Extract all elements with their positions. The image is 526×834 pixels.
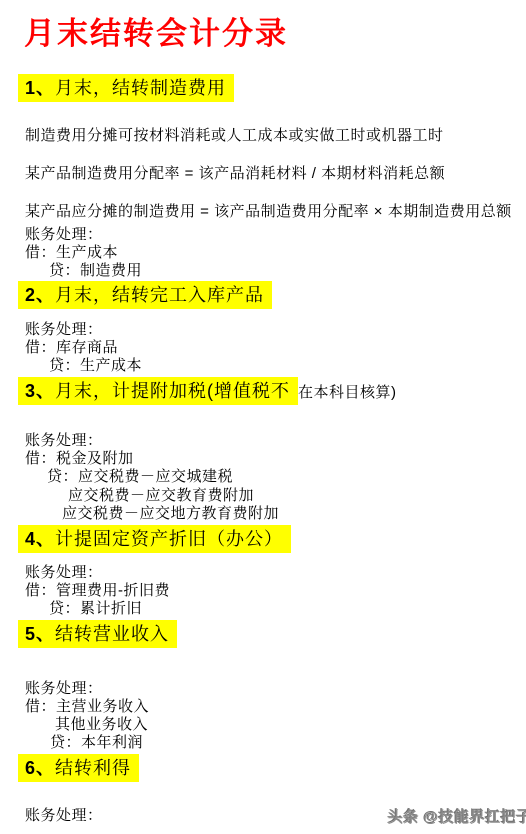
- body-line: 制造费用分摊可按材料消耗或人工成本或实做工时或机器工时: [25, 127, 444, 145]
- body-line: 某产品制造费用分配率 = 该产品消耗材料 / 本期材料消耗总额: [25, 165, 445, 183]
- body-line: 某产品应分摊的制造费用 = 该产品制造费用分配率 × 本期制造费用总额: [25, 203, 512, 221]
- body-line: 贷：本年利润: [50, 734, 143, 752]
- section-heading-3-suffix: 在本科目核算): [298, 384, 397, 401]
- body-line: 账务处理：: [25, 226, 103, 244]
- body-line: 账务处理：: [25, 432, 103, 450]
- body-line: 借：库存商品: [25, 339, 118, 357]
- body-line: 账务处理：: [25, 807, 103, 825]
- section-heading-2-highlight: 2、月末，结转完工入库产品: [18, 281, 272, 309]
- section-heading-4-highlight: 4、计提固定资产折旧（办公）: [18, 525, 291, 553]
- body-line: 贷：累计折旧: [49, 600, 142, 618]
- body-line: 借：管理费用-折旧费: [25, 582, 170, 600]
- section-heading-4: 4、计提固定资产折旧（办公）: [18, 525, 291, 553]
- body-line: 借：生产成本: [25, 244, 118, 262]
- section-heading-6: 6、结转利得: [18, 754, 139, 782]
- body-line: 贷：制造费用: [49, 262, 142, 280]
- body-line: 贷：生产成本: [49, 357, 142, 375]
- body-line: 应交税费－应交教育费附加: [68, 487, 254, 505]
- body-line: 应交税费－应交地方教育费附加: [62, 505, 279, 523]
- section-heading-5: 5、结转营业收入: [18, 620, 177, 648]
- body-line: 账务处理：: [25, 564, 103, 582]
- toutiao-watermark: 头条 @技能界扛把子: [388, 806, 526, 827]
- body-line: 借：税金及附加: [25, 450, 134, 468]
- section-heading-2: 2、月末，结转完工入库产品: [18, 281, 272, 309]
- body-line: 其他业务收入: [55, 716, 148, 734]
- document-page: 月末结转会计分录 1、月末，结转制造费用 制造费用分摊可按材料消耗或人工成本或实…: [0, 0, 526, 834]
- section-heading-3: 3、月末，计提附加税(增值税不在本科目核算): [18, 377, 397, 405]
- section-heading-3-highlight: 3、月末，计提附加税(增值税不: [18, 377, 298, 405]
- page-title: 月末结转会计分录: [24, 8, 288, 53]
- body-line: 借：主营业务收入: [25, 698, 149, 716]
- body-line: 账务处理：: [25, 321, 103, 339]
- body-line: 账务处理：: [25, 680, 103, 698]
- section-heading-5-highlight: 5、结转营业收入: [18, 620, 177, 648]
- body-line: 贷：应交税费－应交城建税: [47, 468, 233, 486]
- section-heading-1: 1、月末，结转制造费用: [18, 74, 234, 102]
- section-heading-1-highlight: 1、月末，结转制造费用: [18, 74, 234, 102]
- section-heading-6-highlight: 6、结转利得: [18, 754, 139, 782]
